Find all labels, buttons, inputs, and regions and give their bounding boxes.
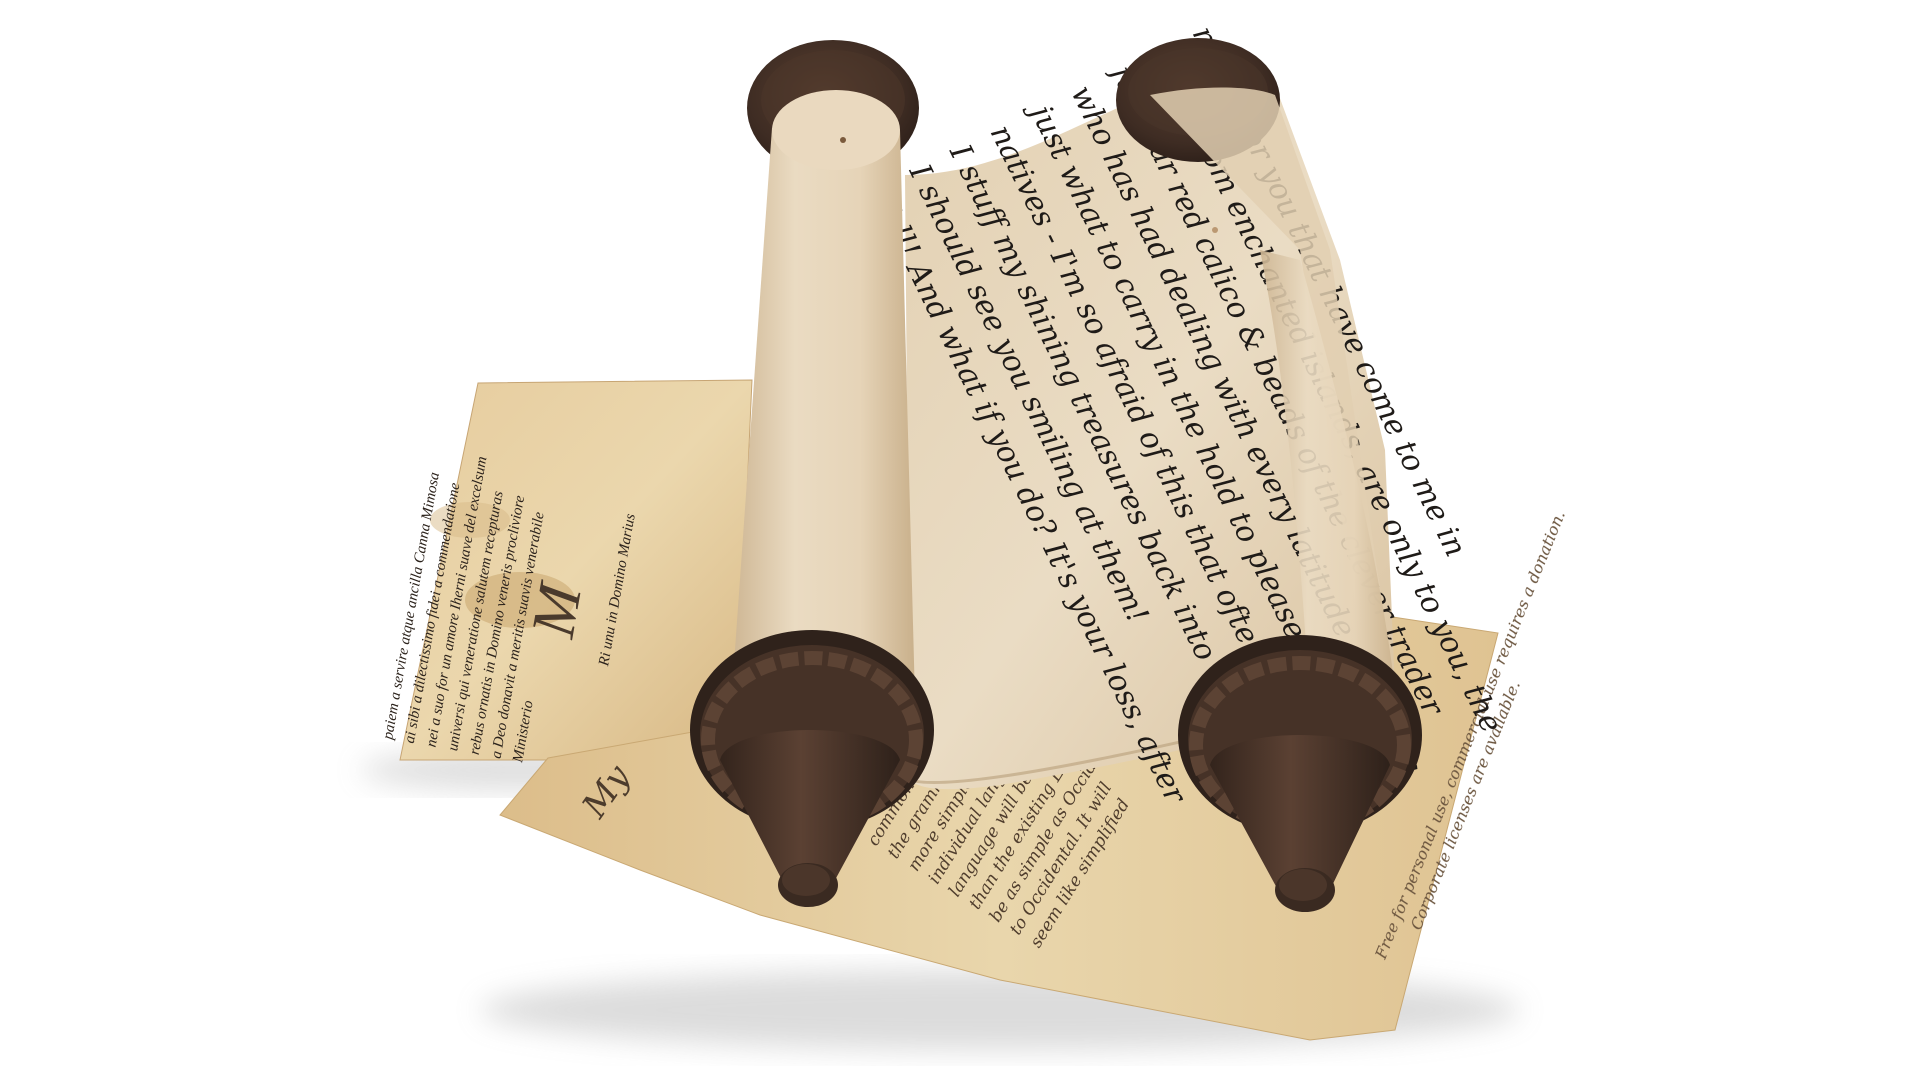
- scroll-scene: paiem a servire atque ancilla Canna Mimo…: [0, 0, 1920, 1080]
- left-roll: [730, 40, 919, 720]
